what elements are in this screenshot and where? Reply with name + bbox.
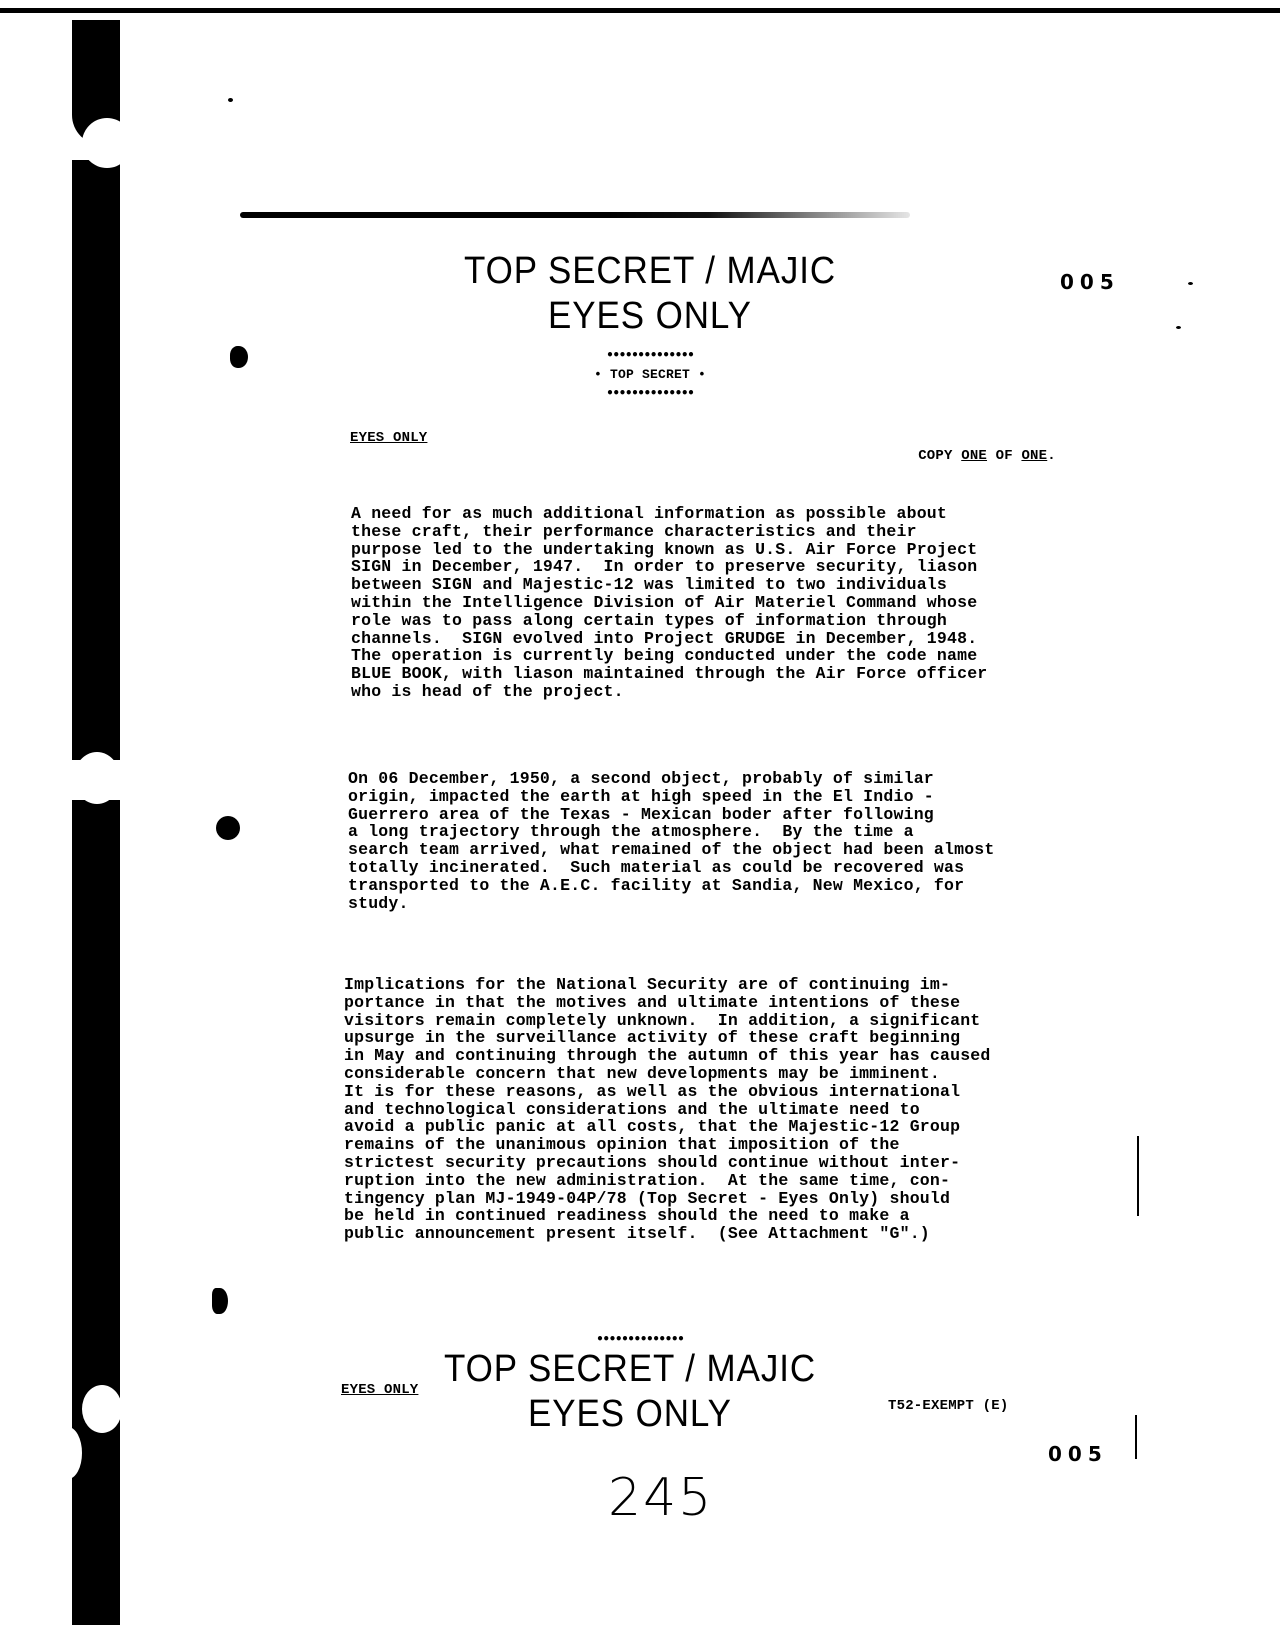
typed-line: these craft, their performance character… (351, 523, 987, 541)
stamp-line1: TOP SECRET / MAJIC (437, 1348, 823, 1391)
typed-line: upsurge in the surveillance activity of … (344, 1029, 991, 1047)
typed-line: be held in continued readiness should th… (344, 1207, 991, 1225)
eyes-only-marking: EYES ONLY (350, 430, 427, 448)
smudged-rule (240, 212, 910, 218)
typed-line: totally incinerated. Such material as co… (348, 859, 995, 877)
typed-line: role was to pass along certain types of … (351, 612, 987, 630)
typed-line: remains of the unanimous opinion that im… (344, 1136, 991, 1154)
typed-line: channels. SIGN evolved into Project GRUD… (351, 630, 987, 648)
ink-speck (228, 98, 233, 102)
typed-line: study. (348, 895, 995, 913)
typed-line: avoid a public panic at all costs, that … (344, 1118, 991, 1136)
serial-number-top: 005 (1060, 270, 1120, 294)
typed-line: Implications for the National Security a… (344, 976, 991, 994)
typed-line: On 06 December, 1950, a second object, p… (348, 770, 995, 788)
dots-top: •••••••••••••• (570, 348, 730, 362)
typed-line: BLUE BOOK, with liason maintained throug… (351, 665, 987, 683)
footer-eyes-only-marking: EYES ONLY (341, 1382, 418, 1400)
ink-speck (212, 1288, 228, 1314)
copy-total: ONE (1021, 448, 1047, 464)
typed-line: ruption into the new administration. At … (344, 1172, 991, 1190)
punch-hole (74, 752, 120, 804)
ink-speck (216, 816, 240, 840)
typed-line: portance in that the motives and ultimat… (344, 994, 991, 1012)
copy-one: ONE (961, 448, 987, 464)
typed-line: who is head of the project. (351, 683, 987, 701)
binding-strip (72, 800, 120, 1625)
punch-hole (82, 118, 132, 168)
ink-speck (1188, 282, 1193, 285)
typed-line: public announcement present itself. (See… (344, 1225, 991, 1243)
binding-strip (72, 160, 120, 760)
typed-line: tingency plan MJ-1949-04P/78 (Top Secret… (344, 1190, 991, 1208)
stamp-line1: TOP SECRET / MAJIC (457, 250, 843, 293)
typed-line: a long trajectory through the atmosphere… (348, 823, 995, 841)
ink-speck (230, 346, 248, 368)
copy-suffix: . (1047, 448, 1056, 464)
dots-bottom: •••••••••••••• (570, 386, 730, 400)
paragraph-second-object: On 06 December, 1950, a second object, p… (348, 770, 995, 912)
copy-prefix: COPY (918, 448, 961, 464)
typed-line: SIGN in December, 1947. In order to pres… (351, 558, 987, 576)
typed-line: The operation is currently being conduct… (351, 647, 987, 665)
margin-line (1135, 1415, 1137, 1459)
typed-line: considerable concern that new developmen… (344, 1065, 991, 1083)
handwritten-page-number: 245 (608, 1468, 713, 1528)
paragraph-implications: Implications for the National Security a… (344, 976, 991, 1243)
typed-line: strictest security precautions should co… (344, 1154, 991, 1172)
classification-stamp-bottom: TOP SECRET / MAJIC EYES ONLY (437, 1348, 823, 1436)
copy-number: COPY ONE OF ONE. (901, 430, 1056, 466)
copy-of: OF (987, 448, 1021, 464)
punch-hole (82, 1385, 122, 1433)
exempt-code: T52-EXEMPT (E) (888, 1398, 1008, 1416)
stamp-line2: EYES ONLY (457, 295, 843, 338)
footer-dots: •••••••••••••• (560, 1332, 720, 1346)
typed-line: within the Intelligence Division of Air … (351, 594, 987, 612)
typed-line: transported to the A.E.C. facility at Sa… (348, 877, 995, 895)
typed-line: purpose led to the undertaking known as … (351, 541, 987, 559)
scan-top-border (0, 8, 1280, 13)
typed-line: It is for these reasons, as well as the … (344, 1083, 991, 1101)
margin-line (1137, 1136, 1139, 1216)
typed-line: Guerrero area of the Texas - Mexican bod… (348, 806, 995, 824)
paragraph-project-sign: A need for as much additional informatio… (351, 505, 987, 701)
typed-line: visitors remain completely unknown. In a… (344, 1012, 991, 1030)
typed-line: in May and continuing through the autumn… (344, 1047, 991, 1065)
typed-line: between SIGN and Majestic-12 was limited… (351, 576, 987, 594)
ink-speck (1176, 326, 1181, 329)
typed-line: search team arrived, what remained of th… (348, 841, 995, 859)
typed-line: and technological considerations and the… (344, 1101, 991, 1119)
serial-number-bottom: 005 (1048, 1442, 1108, 1466)
typed-line: origin, impacted the earth at high speed… (348, 788, 995, 806)
classification-stamp-top: TOP SECRET / MAJIC EYES ONLY (457, 250, 843, 338)
inner-classification: • TOP SECRET • (565, 366, 735, 384)
stamp-line2: EYES ONLY (437, 1393, 823, 1436)
typed-line: A need for as much additional informatio… (351, 505, 987, 523)
punch-hole (54, 1427, 82, 1479)
